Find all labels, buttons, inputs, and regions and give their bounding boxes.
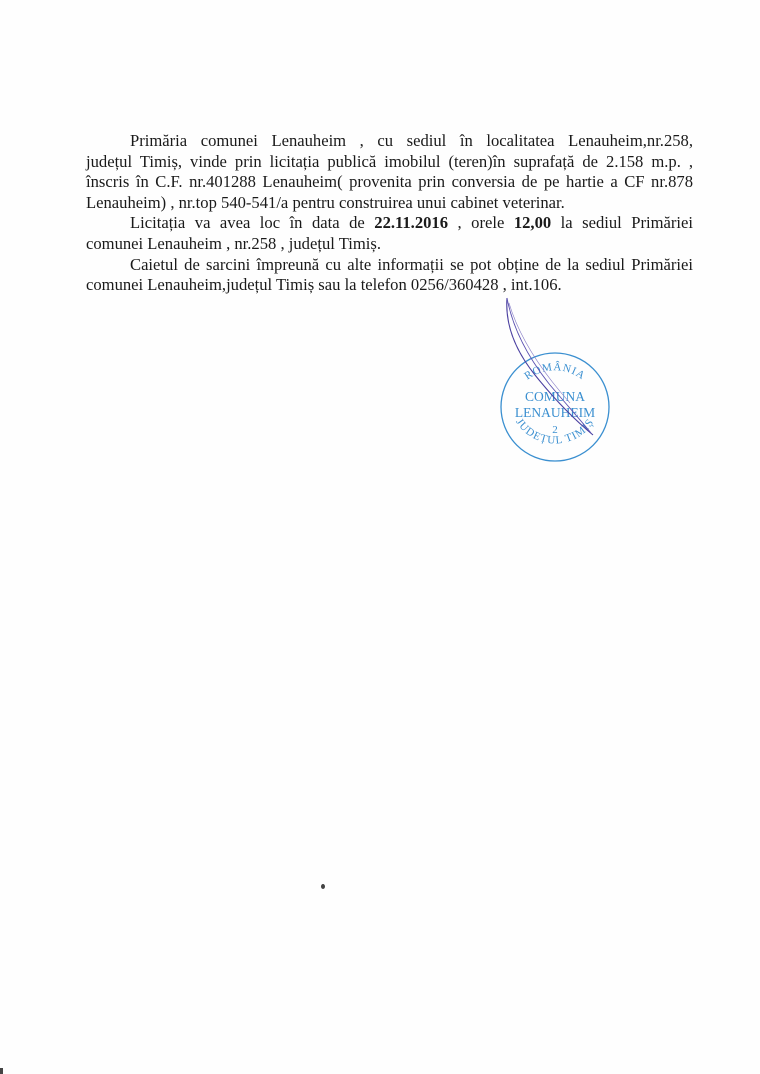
paragraph-3-line-2: comunei Lenauheim,județul Timiș sau la t… <box>86 275 693 296</box>
paragraph-2-line-1: Licitația va avea loc în data de 22.11.2… <box>86 213 693 234</box>
paragraph-1-line-4: Lenauheim) , nr.top 540-541/a pentru con… <box>86 193 693 214</box>
auction-mid: , orele <box>448 213 514 232</box>
signature <box>495 295 605 445</box>
paragraph-2-line-2: comunei Lenauheim , nr.258 , județul Tim… <box>86 234 693 255</box>
document-page: Primăria comunei Lenauheim , cu sediul î… <box>0 0 760 1074</box>
auction-date: 22.11.2016 <box>374 213 448 232</box>
paragraph-1-line-3: înscris în C.F. nr.401288 Lenauheim( pro… <box>86 172 693 193</box>
auction-time: 12,00 <box>514 213 551 232</box>
scan-speck <box>321 884 325 889</box>
paragraph-3-line-1: Caietul de sarcini împreună cu alte info… <box>86 255 693 276</box>
paragraph-1-line-1: Primăria comunei Lenauheim , cu sediul î… <box>86 131 693 152</box>
scan-speck <box>0 1068 3 1074</box>
auction-location: la sediul Primăriei <box>551 213 693 232</box>
auction-intro: Licitația va avea loc în data de <box>130 213 374 232</box>
paragraph-1-line-2: județul Timiș, vinde prin licitația publ… <box>86 152 693 173</box>
announcement-text: Primăria comunei Lenauheim , cu sediul î… <box>86 131 693 296</box>
